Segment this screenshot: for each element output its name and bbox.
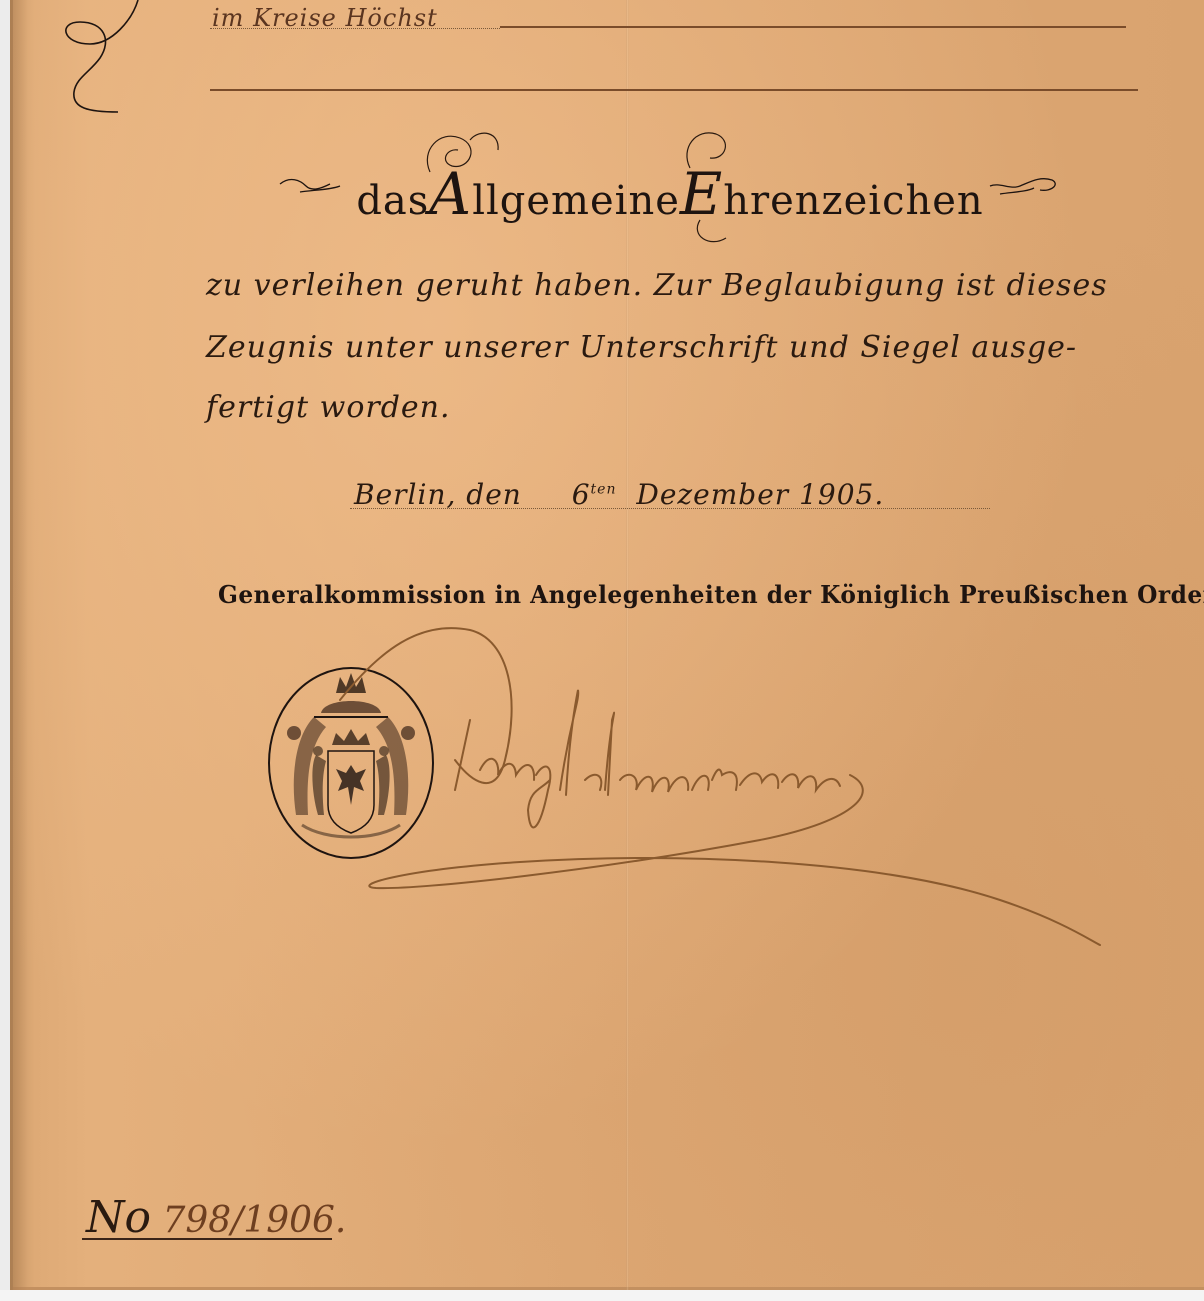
reference-number-value: 798/1906.	[162, 1200, 346, 1241]
body-text-line-1: zu verleihen geruht haben. Zur Beglaubig…	[206, 268, 1108, 303]
date-line: Berlin, den 6ten Dezember 1905.	[354, 478, 884, 511]
date-prefix: den	[466, 478, 522, 511]
body-text-line-2: Zeugnis unter unserer Unterschrift und S…	[206, 330, 1077, 365]
date-dotted-line	[350, 508, 990, 509]
body-text-line-3: fertigt worden.	[206, 390, 451, 425]
coat-of-arms-seal-icon	[266, 665, 436, 861]
paper-left-edge	[10, 0, 28, 1290]
award-title-prefix: das	[356, 178, 429, 224]
date-day: 6	[572, 478, 591, 511]
reference-number: No 798/1906.	[86, 1192, 346, 1243]
date-place: Berlin,	[354, 478, 456, 511]
scan-bottom-margin	[0, 1290, 1204, 1301]
award-title-word-2: hrenzeichen	[723, 178, 983, 224]
reference-number-prefix: No	[86, 1192, 151, 1243]
date-month-year: Dezember 1905.	[636, 478, 884, 511]
award-title: dasAllgemeineEhrenzeichen	[280, 160, 1060, 228]
award-title-word-1: llgemeine	[472, 178, 680, 224]
award-title-initial-a: A	[429, 160, 472, 228]
fill-in-line-2	[210, 89, 1138, 91]
award-title-initial-e: E	[680, 160, 723, 228]
date-day-suffix: ten	[591, 482, 617, 498]
reference-number-underline	[82, 1238, 332, 1240]
name-field-dotted-line	[210, 28, 500, 29]
issuing-authority: Generalkommission in Angelegenheiten der…	[218, 580, 1110, 609]
fill-in-line-1	[500, 26, 1126, 28]
